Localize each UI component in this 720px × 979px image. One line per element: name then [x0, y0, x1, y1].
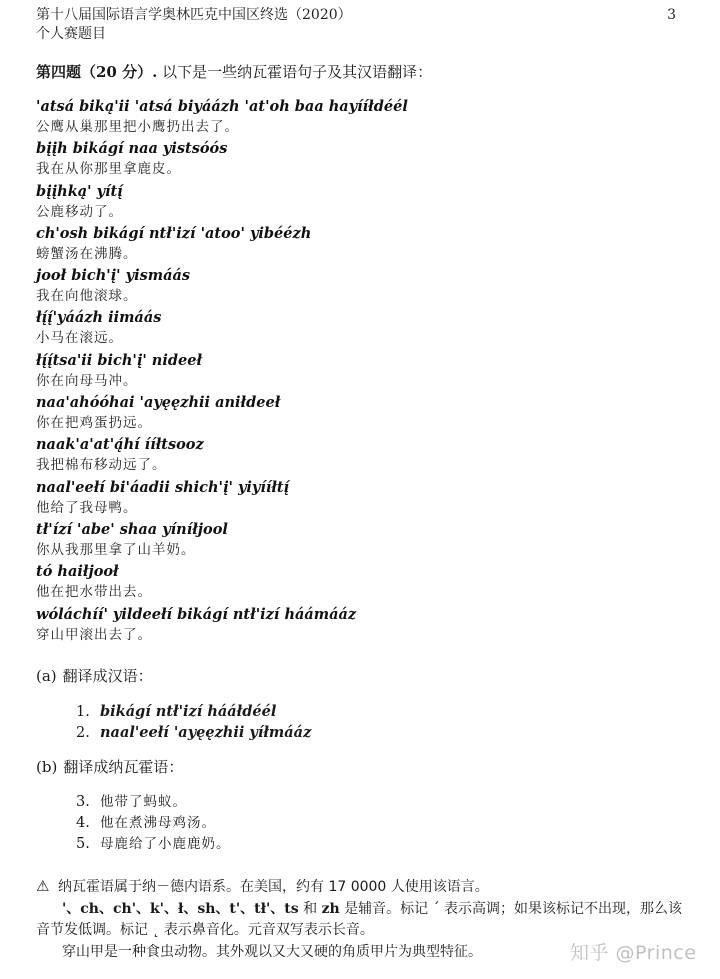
part-a-instruction: 翻译成汉语：	[63, 667, 153, 685]
chinese-translation: 螃蟹汤在沸腾。	[36, 244, 676, 265]
example-list: 'atsá biką'ii 'atsá biyáázh 'at'oh baa h…	[36, 96, 676, 646]
task-chinese: 他在煮沸母鸡汤。	[100, 815, 216, 831]
task-navajo: bikágí ntł'izí hááłdéél	[100, 703, 276, 720]
note-line: ⚠纳瓦霍语属于纳－德内语系。在美国，约有 17 0000 人使用该语言。	[36, 876, 686, 899]
task-item: 5.母鹿给了小鹿鹿奶。	[76, 834, 231, 855]
example-item: jooł bich'į' yismáás 我在向他滚球。	[36, 265, 676, 307]
example-item: bįįh bikágí naa yistsóós 我在从你那里拿鹿皮。	[36, 138, 676, 180]
part-b-heading: (b)翻译成纳瓦霍语：	[36, 757, 183, 777]
chinese-translation: 小马在滚远。	[36, 328, 676, 349]
navajo-sentence: łį́į́tsa'ii bich'į' nideeł	[36, 350, 676, 371]
language-family-note: 纳瓦霍语属于纳－德内语系。在美国，约有 17 0000 人使用该语言。	[58, 879, 489, 895]
task-navajo: naal'eełí 'ayęęzhii yíłmááz	[100, 724, 311, 741]
navajo-sentence: naal'eełí bi'áadii shich'į' yiyííłtį́	[36, 477, 676, 498]
chinese-translation: 穿山甲滚出去了。	[36, 625, 676, 646]
competition-subtitle: 个人赛题目	[36, 25, 676, 44]
chinese-translation: 你从我那里拿了山羊奶。	[36, 540, 676, 561]
example-item: bįįhką' yítį́ 公鹿移动了。	[36, 181, 676, 223]
chinese-translation: 我把棉布移动远了。	[36, 455, 676, 476]
chinese-translation: 你在把鸡蛋扔远。	[36, 413, 676, 434]
example-item: naak'a'at'ą́hí ííłtsooz 我把棉布移动远了。	[36, 434, 676, 476]
example-item: łį́į́'yáázh iimáás 小马在滚远。	[36, 307, 676, 349]
problem-number: 第四题（20 分）.	[36, 63, 157, 81]
example-item: naal'eełí bi'áadii shich'į' yiyííłtį́ 他给…	[36, 477, 676, 519]
task-chinese: 他带了蚂蚁。	[100, 794, 187, 810]
chinese-translation: 你在向母马冲。	[36, 371, 676, 392]
task-number: 3.	[76, 792, 100, 813]
task-number: 2.	[76, 723, 100, 744]
task-number: 1.	[76, 702, 100, 723]
part-b-label: (b)	[36, 758, 57, 776]
example-item: ch'osh bikágí ntł'izí 'atoo' yibéézh 螃蟹汤…	[36, 223, 676, 265]
task-item: 1.bikágí ntł'izí hááłdéél	[76, 701, 311, 722]
task-item: 3.他带了蚂蚁。	[76, 792, 231, 813]
problem-intro: 以下是一些纳瓦霍语句子及其汉语翻译：	[157, 63, 432, 81]
chinese-translation: 我在向他滚球。	[36, 286, 676, 307]
navajo-sentence: jooł bich'į' yismáás	[36, 265, 676, 286]
page-header: 第十八届国际语言学奥林匹克中国区终选（2020） 个人赛题目 3	[36, 6, 676, 44]
part-a-label: (a)	[36, 667, 57, 685]
task-chinese: 母鹿给了小鹿鹿奶。	[100, 836, 231, 852]
watermark: 知乎 @Prince	[570, 938, 696, 965]
page-number: 3	[667, 6, 676, 25]
chinese-translation: 他给了我母鸭。	[36, 498, 676, 519]
task-number: 4.	[76, 813, 100, 834]
navajo-sentence: tó haiłjooł	[36, 561, 676, 582]
navajo-sentence: łį́į́'yáázh iimáás	[36, 307, 676, 328]
part-b-instruction: 翻译成纳瓦霍语：	[63, 758, 183, 776]
chinese-translation: 他在把水带出去。	[36, 582, 676, 603]
consonant-zh: zh	[322, 901, 340, 917]
note-line: '、ch、ch'、k'、ł、sh、t'、tł'、ts 和 zh 是辅音。标记 ´…	[36, 899, 686, 942]
task-number: 5.	[76, 834, 100, 855]
navajo-sentence: bįįh bikágí naa yistsóós	[36, 138, 676, 159]
part-a-tasks: 1.bikágí ntł'izí hááłdéél 2.naal'eełí 'a…	[76, 701, 311, 743]
example-item: naa'ahóóhai 'ayęęzhii aniłdeeł 你在把鸡蛋扔远。	[36, 392, 676, 434]
navajo-sentence: naa'ahóóhai 'ayęęzhii aniłdeeł	[36, 392, 676, 413]
navajo-sentence: 'atsá biką'ii 'atsá biyáázh 'at'oh baa h…	[36, 96, 676, 117]
warning-icon: ⚠	[36, 876, 58, 898]
problem-title: 第四题（20 分）. 以下是一些纳瓦霍语句子及其汉语翻译：	[36, 62, 432, 82]
navajo-sentence: wóláchíí' yildeełí bikágí ntł'izí háámáá…	[36, 604, 676, 625]
competition-title: 第十八届国际语言学奥林匹克中国区终选（2020）	[36, 6, 676, 25]
example-item: 'atsá biką'ii 'atsá biyáázh 'at'oh baa h…	[36, 96, 676, 138]
task-item: 4.他在煮沸母鸡汤。	[76, 813, 231, 834]
example-item: łį́į́tsa'ii bich'į' nideeł 你在向母马冲。	[36, 350, 676, 392]
navajo-sentence: bįįhką' yítį́	[36, 181, 676, 202]
navajo-sentence: tł'ízí 'abe' shaa yíníłjool	[36, 519, 676, 540]
pangolin-note: 穿山甲是一种食虫动物。其外观以又大又硬的角质甲片为典型特征。	[62, 944, 482, 960]
chinese-translation: 我在从你那里拿鹿皮。	[36, 159, 676, 180]
consonant-list: '、ch、ch'、k'、ł、sh、t'、tł'、ts	[62, 901, 299, 917]
navajo-sentence: naak'a'at'ą́hí ííłtsooz	[36, 434, 676, 455]
example-item: wóláchíí' yildeełí bikágí ntł'izí háámáá…	[36, 604, 676, 646]
part-a-heading: (a)翻译成汉语：	[36, 666, 153, 686]
part-b-tasks: 3.他带了蚂蚁。 4.他在煮沸母鸡汤。 5.母鹿给了小鹿鹿奶。	[76, 792, 231, 855]
chinese-translation: 公鹰从巢那里把小鹰扔出去了。	[36, 117, 676, 138]
conjunction: 和	[299, 901, 322, 917]
example-item: tł'ízí 'abe' shaa yíníłjool 你从我那里拿了山羊奶。	[36, 519, 676, 561]
chinese-translation: 公鹿移动了。	[36, 202, 676, 223]
example-item: tó haiłjooł 他在把水带出去。	[36, 561, 676, 603]
task-item: 2.naal'eełí 'ayęęzhii yíłmááz	[76, 722, 311, 743]
navajo-sentence: ch'osh bikágí ntł'izí 'atoo' yibéézh	[36, 223, 676, 244]
